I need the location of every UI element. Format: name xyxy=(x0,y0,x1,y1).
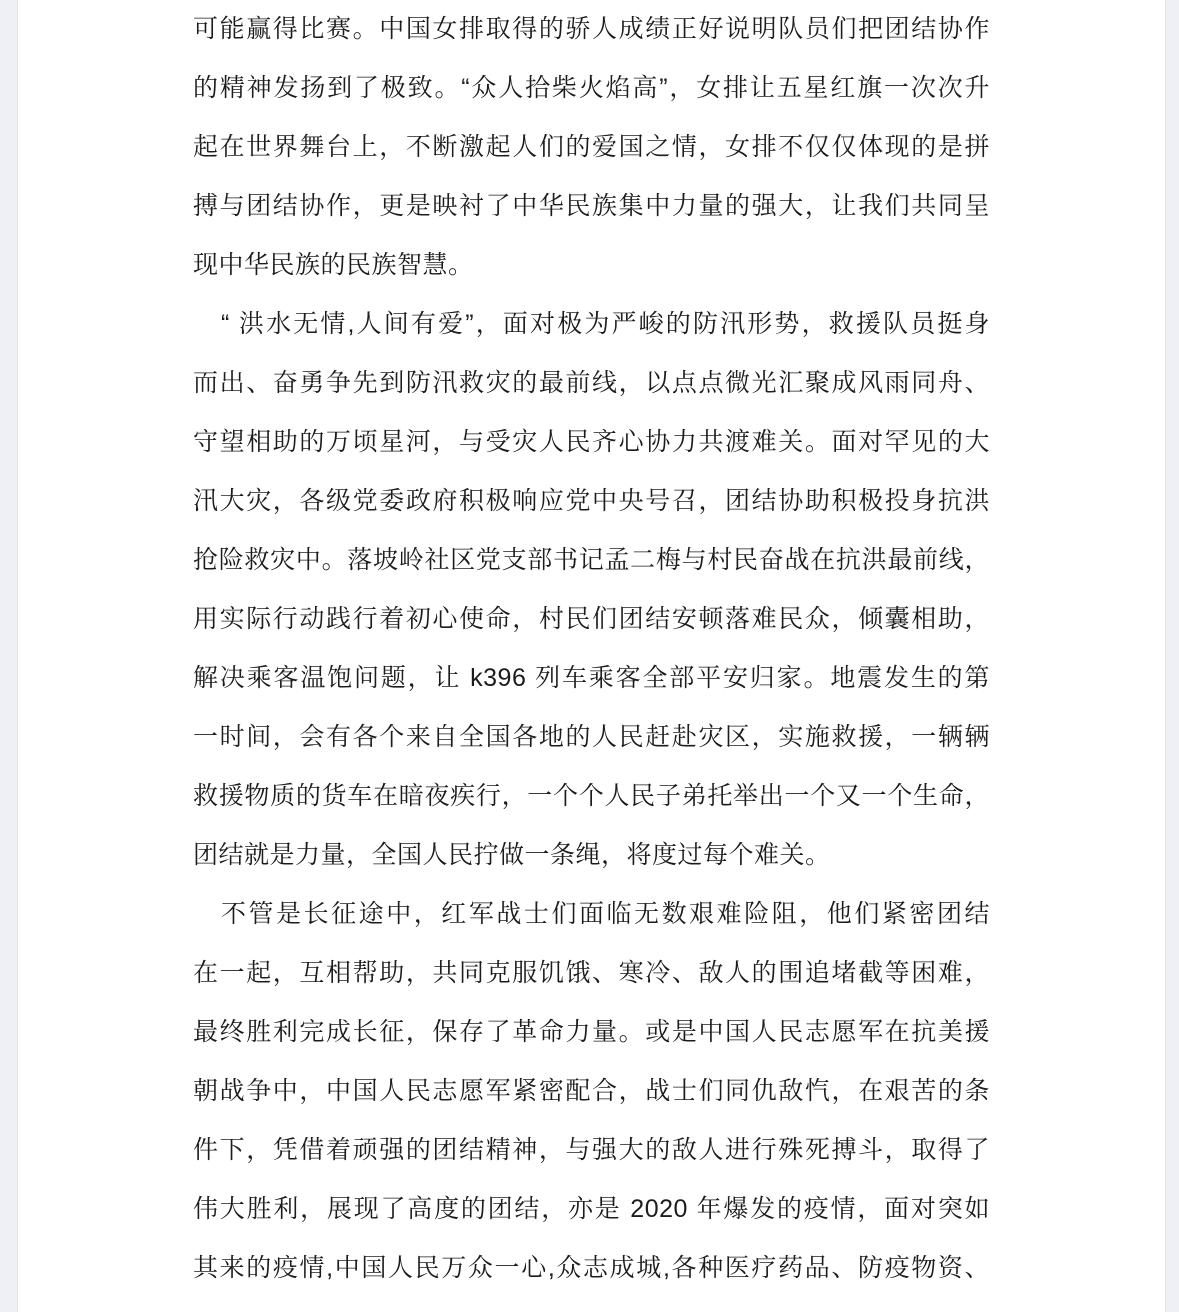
text-line: 现中华民族的民族智慧。 xyxy=(193,236,990,295)
text-line: 件下，凭借着顽强的团结精神，与强大的敌人进行殊死搏斗，取得了 xyxy=(193,1121,990,1180)
text-line: 搏与团结协作，更是映衬了中华民族集中力量的强大，让我们共同呈 xyxy=(193,177,990,236)
text-line: “ 洪水无情,人间有爱”，面对极为严峻的防汛形势，救援队员挺身 xyxy=(193,295,990,354)
text-line: 朝战争中，中国人民志愿军紧密配合，战士们同仇敌忾，在艰苦的条 xyxy=(193,1062,990,1121)
text-line: 在一起，互相帮助，共同克服饥饿、寒冷、敌人的围追堵截等困难， xyxy=(193,944,990,1003)
text-line: 其来的疫情,中国人民万众一心,众志成城,各种医疗药品、防疫物资、 xyxy=(193,1239,990,1298)
text-line: 守望相助的万顷星河，与受灾人民齐心协力共渡难关。面对罕见的大 xyxy=(193,413,990,472)
left-gutter xyxy=(0,0,17,1312)
text-line: 救援物质的货车在暗夜疾行，一个个人民子弟托举出一个又一个生命， xyxy=(193,767,990,826)
text-line: 一时间，会有各个来自全国各地的人民赶赴灾区，实施救援，一辆辆 xyxy=(193,708,990,767)
text-line: 解决乘客温饱问题，让 k396 列车乘客全部平安归家。地震发生的第 xyxy=(193,649,990,708)
right-gutter xyxy=(1166,0,1179,1312)
text-line: 的精神发扬到了极致。“众人拾柴火焰高”，女排让五星红旗一次次升 xyxy=(193,59,990,118)
document-text-area[interactable]: 可能赢得比赛。中国女排取得的骄人成绩正好说明队员们把团结协作的精神发扬到了极致。… xyxy=(18,0,1165,1298)
text-line: 而出、奋勇争先到防汛救灾的最前线，以点点微光汇聚成风雨同舟、 xyxy=(193,354,990,413)
text-line: 用实际行动践行着初心使命，村民们团结安顿落难民众，倾囊相助， xyxy=(193,590,990,649)
text-line: 团结就是力量，全国人民拧做一条绳，将度过每个难关。 xyxy=(193,826,990,885)
document-viewer: 可能赢得比赛。中国女排取得的骄人成绩正好说明队员们把团结协作的精神发扬到了极致。… xyxy=(0,0,1179,1312)
text-line: 汛大灾，各级党委政府积极响应党中央号召，团结协助积极投身抗洪 xyxy=(193,472,990,531)
text-line: 最终胜利完成长征，保存了革命力量。或是中国人民志愿军在抗美援 xyxy=(193,1003,990,1062)
text-line: 不管是长征途中，红军战士们面临无数艰难险阻，他们紧密团结 xyxy=(193,885,990,944)
text-line: 伟大胜利，展现了高度的团结，亦是 2020 年爆发的疫情，面对突如 xyxy=(193,1180,990,1239)
text-line: 抢险救灾中。落坡岭社区党支部书记孟二梅与村民奋战在抗洪最前线， xyxy=(193,531,990,590)
text-line: 起在世界舞台上，不断激起人们的爱国之情，女排不仅仅体现的是拼 xyxy=(193,118,990,177)
text-line: 可能赢得比赛。中国女排取得的骄人成绩正好说明队员们把团结协作 xyxy=(193,0,990,59)
document-page: 可能赢得比赛。中国女排取得的骄人成绩正好说明队员们把团结协作的精神发扬到了极致。… xyxy=(17,0,1166,1312)
